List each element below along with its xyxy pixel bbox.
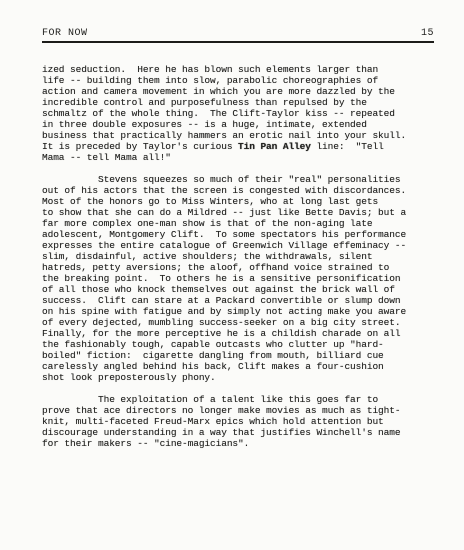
paragraph-2: Stevens squeezes so much of their "real"… [42,174,442,383]
document-page: FOR NOW 15 ized seduction. Here he has b… [0,0,464,550]
running-title: FOR NOW [42,28,88,39]
paragraph-1-bold-phrase: Tin Pan Alley [238,141,311,152]
page-header: FOR NOW 15 [42,28,434,43]
document-body: ized seduction. Here he has blown such e… [42,64,442,460]
paragraph-3: The exploitation of a talent like this g… [42,394,442,449]
paragraph-1-text-before: ized seduction. Here he has blown such e… [42,64,406,152]
paragraph-1: ized seduction. Here he has blown such e… [42,64,442,163]
page-number: 15 [421,28,434,39]
